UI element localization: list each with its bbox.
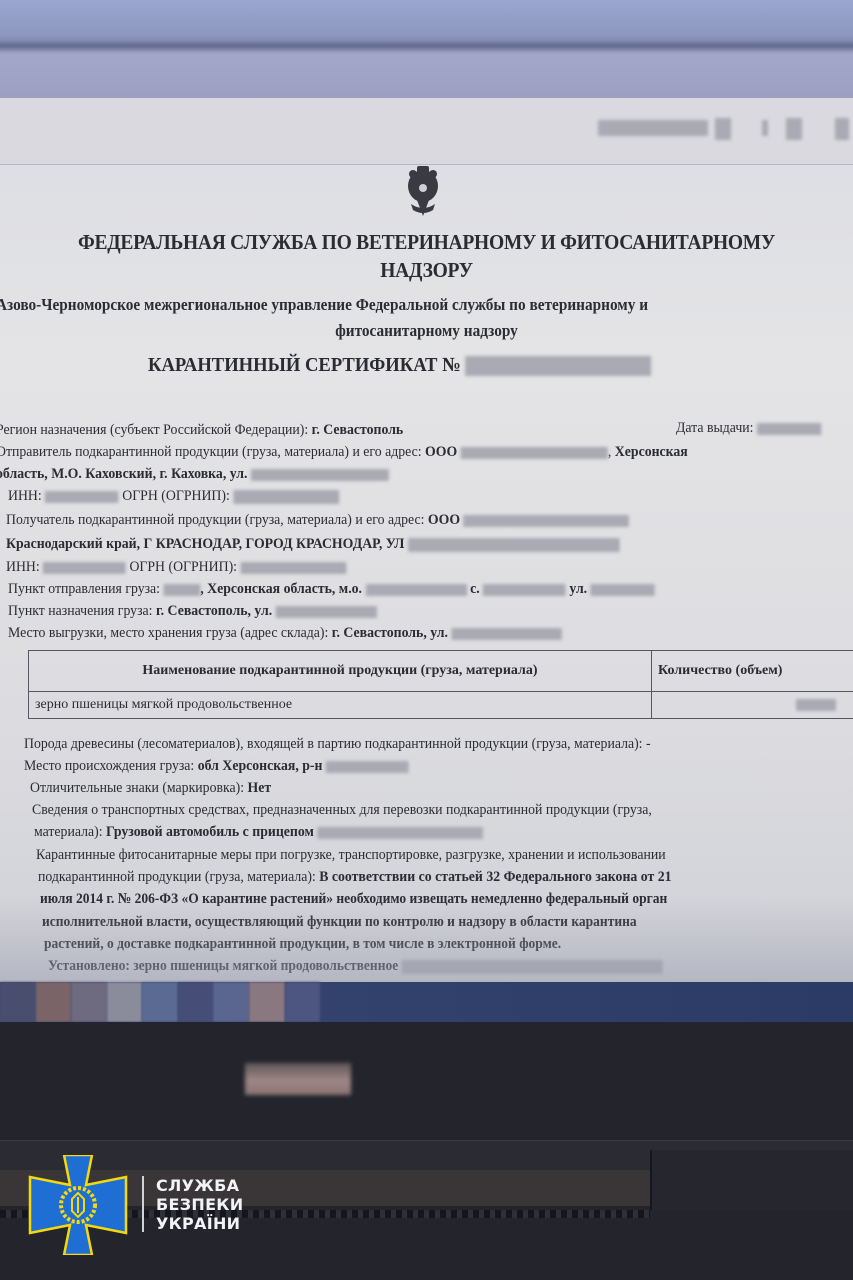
transport-row: Сведения о транспортных средствах, предн… [32, 800, 652, 820]
departure-row: Пункт отправления груза: , Херсонская об… [8, 579, 655, 599]
redacted-unloading-street [451, 628, 561, 640]
redacted-sender-name [461, 447, 608, 459]
recipient-row: Получатель подкарантинной продукции (гру… [6, 510, 629, 530]
redacted-departure-village [483, 584, 566, 596]
department-name-cont: фитосанитарному надзору [43, 320, 811, 342]
unloading-row: Место выгрузки, место хранения груза (ад… [8, 623, 562, 643]
redacted-toolbar-text [598, 120, 708, 136]
redacted-departure-place [163, 584, 200, 596]
destination-region-row: Регион назначения (субъект Российской Фе… [0, 420, 403, 440]
origin-row: Место происхождения груза: обл Херсонска… [24, 756, 409, 776]
goods-table: Наименование подкарантинной продукции (г… [28, 650, 853, 719]
certificate-title: КАРАНТИННЫЙ СЕРТИФИКАТ № [148, 352, 651, 378]
redacted-sender-ogrn [233, 490, 339, 504]
issue-date-row: Дата выдачи: [676, 418, 821, 438]
cell-product-name: зерно пшеницы мягкой продовольственное [29, 692, 652, 719]
destination-point-row: Пункт назначения груза: г. Севастополь, … [8, 601, 377, 621]
redacted-toolbar-button[interactable] [786, 118, 802, 140]
taskbar-icon[interactable] [213, 982, 249, 1022]
table-header-row: Наименование подкарантинной продукции (г… [29, 651, 853, 692]
transport-row-cont: материала): Грузовой автомобиль с прицеп… [34, 822, 483, 842]
screen-vignette [0, 898, 853, 988]
redacted-vehicle-plates [317, 827, 483, 839]
recipient-address-row: Краснодарский край, Г КРАСНОДАР, ГОРОД К… [6, 534, 619, 554]
redacted-issue-date [757, 423, 821, 435]
taskbar-icon[interactable] [36, 982, 72, 1022]
russian-double-headed-eagle-icon [403, 164, 443, 218]
table-row: зерно пшеницы мягкой продовольственное [29, 692, 853, 719]
sender-ids-row: ИНН: ОГРН (ОГРНИП): [8, 486, 339, 506]
redacted-departure-street [591, 584, 655, 596]
header-product-name: Наименование подкарантинной продукции (г… [29, 651, 652, 692]
laptop-edge-right [650, 1150, 853, 1210]
ssu-wordmark: СЛУЖБА БЕЗПЕКИ УКРАЇНИ [156, 1176, 243, 1233]
sender-address-row: область, М.О. Каховский, г. Каховка, ул. [0, 464, 389, 484]
ssu-emblem-icon [28, 1155, 128, 1255]
redacted-quantity [796, 699, 836, 711]
redacted-destination-street [276, 606, 377, 618]
taskbar-icon[interactable] [178, 982, 214, 1022]
viewer-toolbar [0, 98, 853, 165]
taskbar-icon[interactable] [249, 982, 285, 1022]
taskbar [0, 982, 853, 1022]
redacted-origin-district [326, 761, 409, 773]
taskbar-icon[interactable] [285, 982, 321, 1022]
sender-row: Отправитель подкарантинной продукции (гр… [0, 442, 688, 462]
taskbar-icons-redacted [0, 982, 320, 1022]
monitor-bezel-top [0, 0, 853, 100]
taskbar-icon[interactable] [0, 982, 36, 1022]
logo-divider [142, 1176, 144, 1232]
bezel-edge [0, 40, 853, 52]
taskbar-icon[interactable] [107, 982, 143, 1022]
monitor-screen: ФЕДЕРАЛЬНАЯ СЛУЖБА ПО ВЕТЕРИНАРНОМУ И ФИ… [0, 98, 853, 988]
redacted-recipient-name [464, 515, 630, 527]
taskbar-icon[interactable] [142, 982, 178, 1022]
agency-title: ФЕДЕРАЛЬНАЯ СЛУЖБА ПО ВЕТЕРИНАРНОМУ И ФИ… [30, 228, 823, 256]
redacted-toolbar-button[interactable] [835, 118, 849, 140]
redacted-recipient-street [408, 538, 620, 552]
redacted-sender-street [251, 469, 389, 481]
redacted-toolbar-sep [762, 120, 768, 136]
redacted-departure-district [365, 584, 466, 596]
measures-row-2: подкарантинной продукции (груза, материа… [38, 867, 672, 887]
marks-row: Отличительные знаки (маркировка): Нет [30, 778, 271, 798]
redacted-sticker [245, 1063, 351, 1095]
agency-title-cont: НАДЗОРУ [30, 256, 823, 284]
wood-row: Порода древесины (лесоматериалов), входя… [24, 734, 651, 754]
redacted-toolbar-button[interactable] [715, 118, 731, 140]
department-name: Азово-Черноморское межрегиональное управ… [0, 294, 648, 316]
redacted-certificate-number [465, 356, 651, 376]
recipient-ids-row: ИНН: ОГРН (ОГРНИП): [6, 557, 346, 577]
header-quantity: Количество (объем) [652, 651, 853, 692]
redacted-sender-inn [45, 491, 119, 503]
redacted-recipient-inn [43, 562, 126, 574]
measures-row: Карантинные фитосанитарные меры при погр… [36, 845, 666, 865]
redacted-recipient-ogrn [240, 562, 346, 574]
cell-quantity [652, 692, 853, 719]
taskbar-icon[interactable] [71, 982, 107, 1022]
